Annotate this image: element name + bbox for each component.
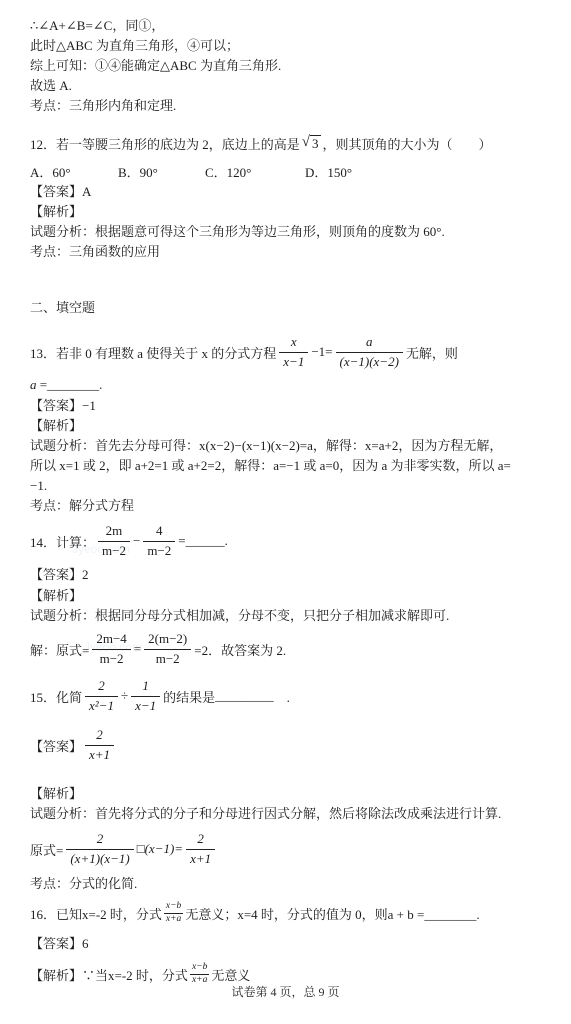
- q16-stem-text: 无意义；x=4 时，分式的值为 0，则a + b =________.: [185, 904, 479, 923]
- fraction: a(x−1)(x−2): [336, 335, 403, 369]
- q13-blank: =________.: [37, 377, 103, 392]
- q14-solution: 解：原式= 2m−4m−2 = 2(m−2)m−2 =2．故答案为 2.: [30, 626, 545, 672]
- q15-solution-pre: 原式=: [30, 840, 63, 859]
- fraction-numerator: x: [279, 335, 308, 352]
- fraction: 2mm−2: [98, 524, 130, 558]
- q16-answer: 【答案】6: [30, 934, 545, 954]
- page-footer: 试卷第 4 页，总 9 页: [0, 983, 571, 1000]
- fraction-numerator: 2: [85, 679, 118, 696]
- q12-options: A．60° B．90° C．120° D．150°: [30, 160, 545, 182]
- q12-option-b: B．90°: [118, 162, 205, 181]
- question-12-stem: 12．若一等腰三角形的底边为 2，底边上的高是 √3 ，则其顶角的大小为（ ）: [30, 128, 545, 158]
- q15-stem-text: 15．化简: [30, 687, 82, 706]
- fraction: 2m−4m−2: [92, 632, 130, 666]
- q14-analysis-tag: 【解析】: [30, 586, 545, 606]
- fraction: 2x+1: [85, 728, 114, 762]
- q14-solution-pre: 解：原式=: [30, 640, 89, 659]
- q16-analysis-tag: 【解析】: [30, 965, 82, 984]
- fraction-denominator: m−2: [143, 542, 175, 558]
- question-15-stem: 15．化简 2x²−1 ÷ 1x−1 的结果是 _________ .: [30, 672, 545, 720]
- fraction-denominator: x−1: [279, 353, 308, 369]
- fraction-denominator: x+a: [164, 914, 183, 925]
- q16-analysis-pre: ∵当x=-2 时，分式: [82, 965, 188, 984]
- fraction-numerator: 1: [131, 679, 160, 696]
- q14-period: .: [225, 533, 228, 549]
- fraction-numerator: x−b: [190, 963, 209, 975]
- page-content: ∴∠A+∠B=∠C，同①， 此时△ABC 为直角三角形，④可以； 综上可知：①④…: [0, 0, 571, 988]
- fraction-denominator: x−1: [131, 697, 160, 713]
- fraction: 1x−1: [131, 679, 160, 713]
- q12-option-c: C．120°: [205, 162, 305, 181]
- fraction: 2x+1: [186, 832, 215, 866]
- proof-line: 综上可知：①④能确定△ABC 为直角三角形.: [30, 56, 545, 76]
- q15-stem-text: 的结果是: [163, 687, 215, 706]
- q14-stem-text: 14．计算：: [30, 532, 95, 551]
- q16-analysis-post: 无意义: [211, 965, 250, 984]
- q14-analysis: 试题分析：根据同分母分式相加减，分母不变，只把分子相加减求解即可.: [30, 606, 545, 626]
- fraction-numerator: 4: [143, 524, 175, 541]
- fraction: x−bx+a: [164, 902, 183, 925]
- fraction-denominator: x²−1: [85, 697, 118, 713]
- q15-keypoint: 考点：分式的化简.: [30, 874, 545, 894]
- q12-option-d: D．150°: [305, 162, 352, 181]
- q12-analysis-tag: 【解析】: [30, 202, 545, 222]
- q12-stem-text: ，则其顶角的大小为（ ）: [323, 134, 492, 153]
- proof-line: ∴∠A+∠B=∠C，同①，: [30, 16, 545, 36]
- q16-stem-text: 16．已知x=-2 时，分式: [30, 904, 162, 923]
- fraction-numerator: 2: [66, 832, 133, 849]
- q15-answer: 【答案】 2x+1: [30, 720, 545, 770]
- fraction: 4m−2: [143, 524, 175, 558]
- fraction: 2x²−1: [85, 679, 118, 713]
- fraction-denominator: m−2: [144, 650, 191, 666]
- fraction-numerator: 2m−4: [92, 632, 130, 649]
- q15-analysis-tag: 【解析】: [30, 784, 545, 804]
- q15-solution: 原式= 2(x+1)(x−1) □(x−1)= 2x+1: [30, 824, 545, 874]
- fraction-denominator: m−2: [92, 650, 130, 666]
- fraction-numerator: 2: [85, 728, 114, 745]
- fraction-denominator: m−2: [98, 542, 130, 558]
- fraction-denominator: x+1: [85, 746, 114, 762]
- fraction-numerator: 2m: [98, 524, 130, 541]
- fraction: 2(m−2)m−2: [144, 632, 191, 666]
- q15-blank: _________: [215, 688, 274, 704]
- q15-analysis: 试题分析：首先将分式的分子和分母进行因式分解，然后将除法改成乘法进行计算.: [30, 804, 545, 824]
- fraction: xx−1: [279, 335, 308, 369]
- fraction-numerator: a: [336, 335, 403, 352]
- question-16-stem: 16．已知x=-2 时，分式 x−bx+a 无意义；x=4 时，分式的值为 0，…: [30, 900, 545, 926]
- sqrt-radical: √3: [302, 135, 321, 152]
- q13-analysis: 试题分析：首先去分母可得：x(x−2)−(x−1)(x−2)=a，解得：x=a+…: [30, 436, 545, 456]
- q13-equation-mid: −1=: [311, 344, 332, 360]
- fraction-numerator: 2(m−2): [144, 632, 191, 649]
- fraction-denominator: (x+1)(x−1): [66, 850, 133, 866]
- spacer: [30, 770, 545, 784]
- proof-line: 此时△ABC 为直角三角形，④可以；: [30, 36, 545, 56]
- q14-answer: 【答案】2: [30, 564, 545, 586]
- radical-sign: √: [302, 135, 310, 150]
- radicand: 3: [310, 135, 321, 152]
- q12-analysis: 试题分析：根据题意可得这个三角形为等边三角形，则顶角的度数为 60°.: [30, 222, 545, 242]
- equals-sign: =: [134, 641, 141, 657]
- q15-answer-tag: 【答案】: [30, 736, 82, 755]
- q12-keypoint: 考点：三角函数的应用: [30, 242, 545, 262]
- fraction-numerator: 2: [186, 832, 215, 849]
- fraction-denominator: (x−1)(x−2): [336, 353, 403, 369]
- q13-stem-text: 13．若非 0 有理数 a 使得关于 x 的分式方程: [30, 343, 276, 362]
- fraction-denominator: x+1: [186, 850, 215, 866]
- division-sign: ÷: [121, 688, 128, 704]
- proof-line: 故选 A.: [30, 76, 545, 96]
- q12-answer: 【答案】A: [30, 182, 545, 202]
- q13-answer: 【答案】−1: [30, 396, 545, 416]
- fraction-numerator: x−b: [164, 902, 183, 914]
- q13-analysis-tag: 【解析】: [30, 416, 545, 436]
- q14-blank: ______: [186, 533, 225, 549]
- q12-option-a: A．60°: [30, 162, 118, 181]
- q15-period: .: [274, 687, 290, 706]
- section-title: 二、填空题: [30, 298, 545, 318]
- q13-blank-line: a =________.: [30, 374, 545, 396]
- q13-analysis: −1.: [30, 476, 545, 496]
- question-13-stem: 13．若非 0 有理数 a 使得关于 x 的分式方程 xx−1 −1= a(x−…: [30, 330, 545, 374]
- q13-stem-text: 无解，则: [406, 343, 458, 362]
- proof-keypoint: 考点：三角形内角和定理.: [30, 96, 545, 116]
- q13-keypoint: 考点：解分式方程: [30, 496, 545, 516]
- q15-solution-mid: □(x−1)=: [137, 841, 183, 857]
- q12-stem-text: 12．若一等腰三角形的底边为 2，底边上的高是: [30, 134, 300, 153]
- q14-solution-post: =2．故答案为 2.: [194, 640, 286, 659]
- q13-analysis: 所以 x=1 或 2，即 a+2=1 或 a+2=2，解得：a=−1 或 a=0…: [30, 456, 545, 476]
- equals-sign: =: [178, 533, 185, 549]
- question-14-stem: 14．计算： 2mm−2 − 4m−2 = ______ .: [30, 518, 545, 564]
- fraction: 2(x+1)(x−1): [66, 832, 133, 866]
- minus-sign: −: [133, 533, 140, 549]
- exam-page: Jyeoo.com Jyeoo.com ∴∠A+∠B=∠C，同①， 此时△ABC…: [0, 0, 571, 1024]
